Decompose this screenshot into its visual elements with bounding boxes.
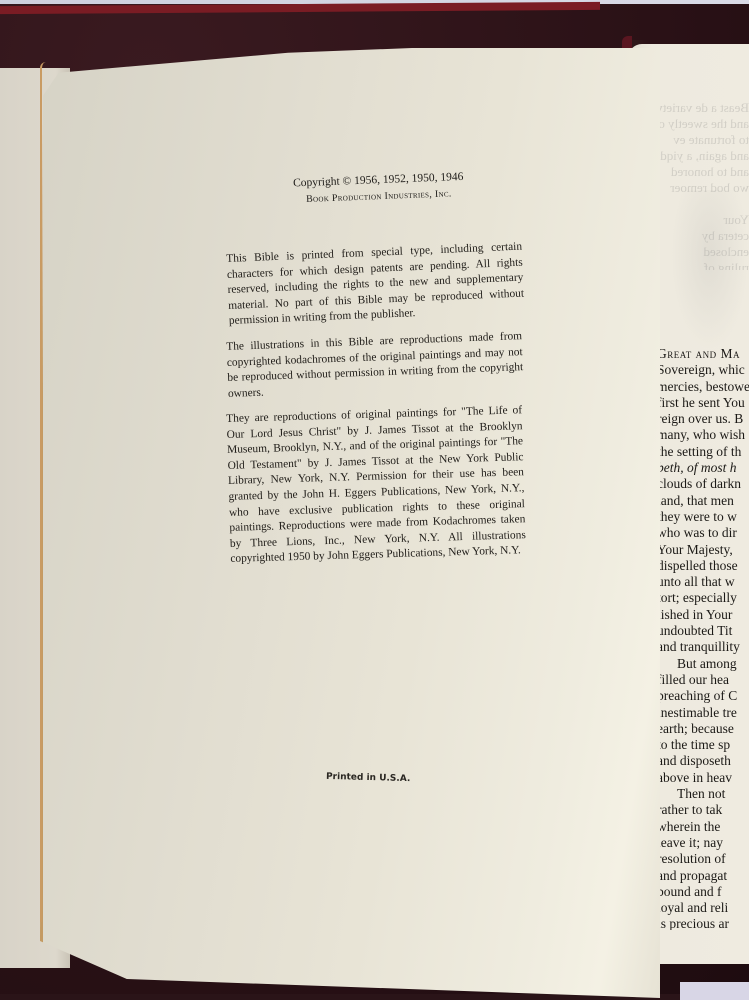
illustrations-paragraph: The illustrations in this Bible are repr… [226, 329, 524, 402]
bleed-line: and again, a yiqdt [655, 148, 749, 164]
special-type-paragraph: This Bible is printed from special type,… [226, 240, 525, 330]
dedication-heading: Great and Ma [657, 346, 749, 362]
text-line: But among [657, 656, 749, 672]
text-line: many, who wish [657, 427, 749, 443]
text-line: to the time sp [657, 737, 749, 753]
text-line: the setting of th [657, 444, 749, 460]
tissot-paintings-paragraph: They are reproductions of original paint… [226, 403, 526, 568]
text-line: who was to dir [657, 525, 749, 541]
text-line: tort; especially [657, 590, 749, 606]
text-line: leave it; nay [657, 835, 749, 851]
text-line: earth; because [657, 721, 749, 737]
bleed-line: and the sweetly of [655, 116, 749, 132]
bleed-line: and to honored [655, 164, 749, 180]
text-line: rather to tak [657, 802, 749, 818]
text-line: wherein the [657, 819, 749, 835]
text-line: Sovereign, whic [657, 362, 749, 378]
text-line: and tranquillity [657, 639, 749, 655]
right-page-text-clip: Great and Ma Sovereign, whic mercies, be… [655, 340, 749, 930]
text-line: unto all that w [657, 574, 749, 590]
text-line: inestimable tre [657, 705, 749, 721]
page-gilt-edge [40, 62, 46, 922]
text-line: bound and f [657, 884, 749, 900]
text-line: dispelled those [657, 558, 749, 574]
text-line: reign over us. B [657, 411, 749, 427]
bleed-line: to fortunate ev [655, 132, 749, 148]
text-line: they were to w [657, 509, 749, 525]
text-line: Your Majesty, [657, 542, 749, 558]
bleed-through-illustration [670, 190, 749, 350]
right-page-text: Great and Ma Sovereign, whic mercies, be… [657, 346, 749, 930]
text-line: and propagat [657, 868, 749, 884]
text-line: Then not [657, 786, 749, 802]
text-line: clouds of darkn [657, 476, 749, 492]
text-line: beth, of most h [657, 460, 749, 476]
text-line: first he sent You [657, 395, 749, 411]
text-line: filled our hea [657, 672, 749, 688]
background-corner [680, 982, 749, 1000]
text-line: above in heav [657, 770, 749, 786]
text-line: loyal and reli [657, 900, 749, 916]
text-line: resolution of [657, 851, 749, 867]
text-line: lished in Your [657, 607, 749, 623]
text-line: preaching of C [657, 688, 749, 704]
text-line: and disposeth [657, 753, 749, 769]
text-line: land, that men [657, 493, 749, 509]
text-line: is precious ar [657, 916, 749, 930]
bleed-line: Beast a de varietv [655, 100, 749, 116]
text-line: undoubted Tit [657, 623, 749, 639]
text-line: mercies, bestowe [657, 379, 749, 395]
